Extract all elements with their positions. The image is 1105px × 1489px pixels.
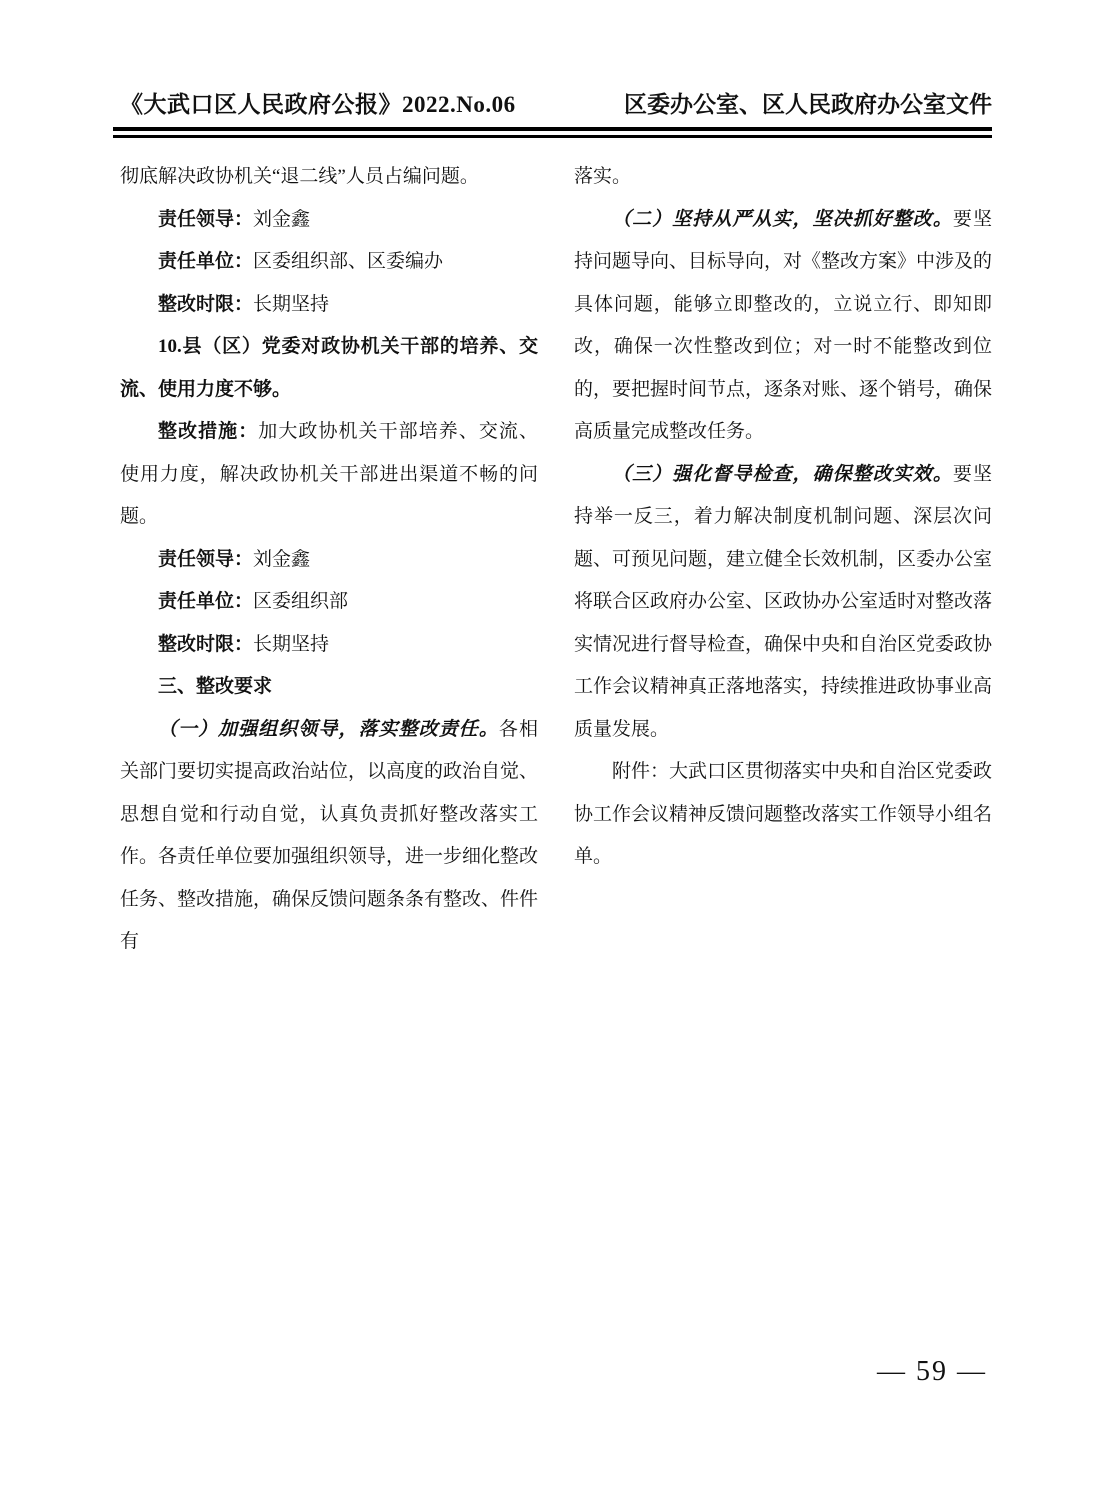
field-value: 区委组织部、区委编办 [253,251,443,272]
field-value: 刘金鑫 [253,549,310,570]
page-number: — 59 — [877,1356,987,1388]
numbered-issue-heading: 10.县（区）党委对政协机关干部的培养、交流、使用力度不够。 [120,326,538,411]
field-row-deadline: 整改时限：长期坚持 [120,284,538,327]
field-label: 整改措施： [158,421,258,442]
field-label: 责任领导： [158,209,253,230]
paragraph-continuation: 彻底解决政协机关“退二线”人员占编问题。 [120,156,538,199]
document-page: 《大武口区人民政府公报》2022.No.06 区委办公室、区人民政府办公室文件 … [0,0,1105,1489]
paragraph-requirement-2: （二）坚持从严从实，坚决抓好整改。要坚持问题导向、目标导向，对《整改方案》中涉及… [574,199,992,454]
paragraph-text: 各相关部门要切实提高政治站位，以高度的政治自觉、思想自觉和行动自觉，认真负责抓好… [120,719,538,953]
header-divider [113,127,992,138]
field-row-responsible-leader: 责任领导：刘金鑫 [120,199,538,242]
paragraph-continuation: 落实。 [574,156,992,199]
paragraph-text: 要坚持举一反三，着力解决制度机制问题、深层次问题、可预见问题，建立健全长效机制，… [574,464,992,740]
field-row-responsible-unit: 责任单位：区委组织部 [120,581,538,624]
section-heading: 三、整改要求 [120,666,538,709]
field-value: 长期坚持 [253,294,329,315]
field-row-measures: 整改措施：加大政协机关干部培养、交流、使用力度，解决政协机关干部进出渠道不畅的问… [120,411,538,539]
paragraph-requirement-1: （一）加强组织领导，落实整改责任。各相关部门要切实提高政治站位，以高度的政治自觉… [120,709,538,964]
right-column: 落实。 （二）坚持从严从实，坚决抓好整改。要坚持问题导向、目标导向，对《整改方案… [574,156,992,964]
field-row-deadline: 整改时限：长期坚持 [120,624,538,667]
field-value: 长期坚持 [253,634,329,655]
paragraph-lead: （三）强化督导检查，确保整改实效。 [612,464,953,485]
paragraph-lead: （一）加强组织领导，落实整改责任。 [158,719,499,740]
bulletin-title: 《大武口区人民政府公报》2022.No.06 [120,86,516,119]
field-label: 责任单位： [158,591,253,612]
field-label: 责任领导： [158,549,253,570]
left-column: 彻底解决政协机关“退二线”人员占编问题。 责任领导：刘金鑫 责任单位：区委组织部… [120,156,538,964]
page-header: 《大武口区人民政府公报》2022.No.06 区委办公室、区人民政府办公室文件 [120,86,992,119]
paragraph-attachment: 附件：大武口区贯彻落实中央和自治区党委政协工作会议精神反馈问题整改落实工作领导小… [574,751,992,879]
field-row-responsible-leader: 责任领导：刘金鑫 [120,539,538,582]
field-row-responsible-unit: 责任单位：区委组织部、区委编办 [120,241,538,284]
paragraph-text: 要坚持问题导向、目标导向，对《整改方案》中涉及的具体问题，能够立即整改的，立说立… [574,209,992,443]
field-value: 刘金鑫 [253,209,310,230]
document-body: 彻底解决政协机关“退二线”人员占编问题。 责任领导：刘金鑫 责任单位：区委组织部… [120,156,992,964]
field-label: 整改时限： [158,294,253,315]
paragraph-requirement-3: （三）强化督导检查，确保整改实效。要坚持举一反三，着力解决制度机制问题、深层次问… [574,454,992,752]
field-label: 责任单位： [158,251,253,272]
document-category: 区委办公室、区人民政府办公室文件 [624,86,992,119]
paragraph-lead: （二）坚持从严从实，坚决抓好整改。 [612,209,953,230]
field-label: 整改时限： [158,634,253,655]
field-value: 区委组织部 [253,591,348,612]
